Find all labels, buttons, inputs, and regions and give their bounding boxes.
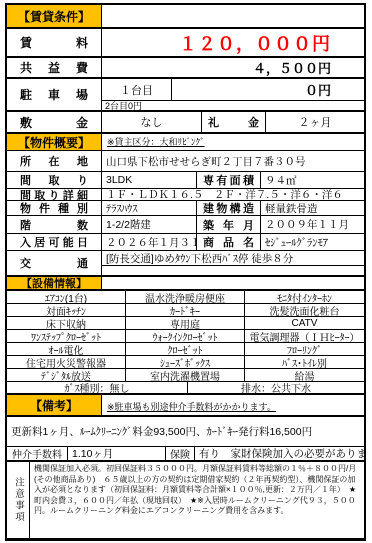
brokerage-row: 仲介手数料 1.10ヶ月 保険 有り 家財保険加入の必要があります。 bbox=[7, 447, 364, 462]
location-row: 所在地 山口県下松市せせらぎ町２丁目７番３０号 bbox=[7, 151, 364, 172]
equipment-item: ﾓﾆﾀ付ｲﾝﾀｰﾎﾝ bbox=[245, 291, 364, 303]
parking-label-cell: 駐車場 bbox=[7, 79, 102, 110]
move-in-label: 入居可能日 bbox=[7, 234, 101, 250]
cautions-text: 機関保証加入必須。初回保証料３５０００円。月額保証料賃料等総額の１％＋８００円/… bbox=[30, 462, 364, 517]
move-in-label-cell: 入居可能日 bbox=[7, 234, 102, 250]
equipment-item: CATV bbox=[245, 317, 364, 329]
parking-slot1-row: １台目 ０円 bbox=[102, 79, 364, 101]
access-value-area: [防長交通]ゆめﾀｳﾝ下松西ﾊﾞｽ停 徒歩８分 bbox=[102, 251, 364, 275]
parking-fee-note: ※駐車場も別途仲介手数料がかかります。 bbox=[107, 400, 276, 413]
rental-section-title: 【賃貸条件】 bbox=[7, 5, 102, 27]
type-row: 物件種別 ﾃﾗｽﾊｳｽ 建物構造 軽量鉄骨造 bbox=[7, 201, 364, 216]
equipment-row-6: 住宅用火災警報器 ｼｭｰｽﾞﾎﾞｯｸｽ ﾊﾞｽ･ﾄｲﾚ別 bbox=[7, 356, 364, 369]
gas-type-cell: ｶﾞｽ種別：無し bbox=[7, 382, 188, 393]
access-label-cell: 交通 bbox=[7, 251, 102, 275]
floors-value: 1-2/2階建 bbox=[102, 217, 151, 232]
equipment-item: 室内洗濯機置場 bbox=[126, 369, 245, 381]
key-money-value-cell: ２ヶ月 bbox=[266, 112, 364, 132]
location-label: 所在地 bbox=[7, 153, 101, 169]
equipment-header-spacer bbox=[102, 277, 364, 289]
equipment-item: 専用庭 bbox=[126, 317, 245, 329]
equipment-row-4: ﾜﾝｽﾃｯﾌﾟｸﾛｰｾﾞｯﾄ ｳｫｰｸｲﾝｸﾛｰｾﾞｯﾄ 電気調理器（ＩＨﾋｰﾀ… bbox=[7, 330, 364, 343]
equipment-item: 洗髪洗面化粧台 bbox=[245, 304, 364, 316]
equipment-item: 対面ｷｯﾁﾝ bbox=[7, 304, 126, 316]
layout-detail-row: 間取り詳細 １Ｆ・ＬＤＫ１６.５ ２Ｆ・洋７.５・洋６・洋６ bbox=[7, 189, 364, 201]
rent-label: 賃料 bbox=[7, 34, 101, 51]
access-line1: [防長交通]ゆめﾀｳﾝ下松西ﾊﾞｽ停 徒歩８分 bbox=[102, 251, 364, 266]
layout-detail-label: 間取り詳細 bbox=[7, 189, 101, 200]
product-value: ｾｼﾞｭｰﾙｸﾞﾗﾝﾓｱ bbox=[261, 235, 328, 250]
area-value-cell: ９４㎡ bbox=[261, 172, 364, 188]
equipment-item: ｴｱｺﾝ(1台) bbox=[7, 291, 126, 303]
remarks-header-row: 【備考】 ※駐車場も別途仲介手数料がかかります。 bbox=[7, 395, 364, 417]
rental-header-row: 【賃貸条件】 bbox=[7, 5, 364, 29]
property-section-title: 【物件概要】 bbox=[7, 134, 102, 150]
equipment-item: ｳｫｰｸｲﾝｸﾛｰｾﾞｯﾄ bbox=[126, 330, 245, 342]
product-label-cell: 商品名 bbox=[197, 234, 261, 250]
brokerage-value-cell: 1.10ヶ月 bbox=[68, 447, 166, 460]
layout-detail-label-cell: 間取り詳細 bbox=[7, 189, 102, 200]
type-label: 物件種別 bbox=[7, 201, 101, 215]
layout-value-cell: 3LDK bbox=[102, 172, 197, 188]
deposit-row: 敷金 なし 礼金 ２ヶ月 bbox=[7, 112, 364, 134]
equipment-item: 床下収納 bbox=[7, 317, 126, 329]
equipment-item-text: ﾃﾞｼﾞﾀﾙ放送 bbox=[41, 369, 91, 381]
common-fee-value: ４，５００円 bbox=[253, 58, 331, 77]
equipment-item-text: ﾌﾛｰﾘﾝｸﾞ bbox=[287, 343, 322, 355]
equipment-item-text: 住宅用火災警報器 bbox=[26, 356, 106, 368]
move-in-row: 入居可能日 ２０２６年１月３１日 商品名 ｾｼﾞｭｰﾙｸﾞﾗﾝﾓｱ bbox=[7, 234, 364, 251]
equipment-item-text: 洗髪洗面化粧台 bbox=[270, 304, 340, 316]
location-value-cell: 山口県下松市せせらぎ町２丁目７番３０号 bbox=[102, 151, 364, 171]
built-value: ２００９年１１月 bbox=[261, 217, 349, 232]
rent-label-cell: 賃料 bbox=[7, 29, 102, 56]
parking-slot2-note: 2台目0円 bbox=[105, 101, 142, 110]
access-line2 bbox=[102, 266, 364, 275]
parking-row: 駐車場 １台目 ０円 2台目0円 bbox=[7, 79, 364, 112]
equipment-item: ﾜﾝｽﾃｯﾌﾟｸﾛｰｾﾞｯﾄ bbox=[7, 330, 126, 342]
equipment-row-3: 床下収納 専用庭 CATV bbox=[7, 317, 364, 330]
equipment-item: 住宅用火災警報器 bbox=[7, 356, 126, 368]
common-fee-label: 共益費 bbox=[7, 59, 101, 76]
fees-note-cell: 更新料1ヶ月、ﾙｰﾑｸﾘｰﾆﾝｸﾞ料金93,500円、ｶｰﾄﾞｷｰ発行料16,5… bbox=[7, 417, 364, 446]
area-label: 専有面積 bbox=[197, 172, 260, 188]
equipment-row-2: 対面ｷｯﾁﾝ ｶｰﾄﾞｷｰ 洗髪洗面化粧台 bbox=[7, 304, 364, 317]
area-value: ９４㎡ bbox=[261, 173, 297, 188]
insurance-value: 有り 家財保険加入の必要があります。 bbox=[195, 447, 364, 460]
equipment-row-7: ﾃﾞｼﾞﾀﾙ放送 室内洗濯機置場 給湯 bbox=[7, 369, 364, 382]
cautions-text-cell: 機関保証加入必須。初回保証料３５０００円。月額保証料賃料等総額の１％＋８００円/… bbox=[30, 462, 364, 538]
equipment-item: ｶｰﾄﾞｷｰ bbox=[126, 304, 245, 316]
property-flyer: 【賃貸条件】 賃料 １２０，０００円 共益費 ４，５００円 駐車場 １台目 bbox=[5, 3, 366, 541]
built-label-cell: 築年月 bbox=[197, 216, 261, 233]
area-label-cell: 専有面積 bbox=[197, 172, 261, 188]
parking-slot1-value-cell: ０円 bbox=[172, 79, 364, 100]
parking-fee-note-cell: ※駐車場も別途仲介手数料がかかります。 bbox=[102, 395, 364, 415]
equipment-row-5: ｵｰﾙ電化 ｸﾛｰｾﾞｯﾄ ﾌﾛｰﾘﾝｸﾞ bbox=[7, 343, 364, 356]
layout-value: 3LDK bbox=[102, 174, 132, 186]
move-in-value: ２０２６年１月３１日 bbox=[102, 235, 197, 250]
built-label: 築年月 bbox=[197, 217, 260, 233]
equipment-header-row: 【設備情報】 bbox=[7, 277, 364, 291]
equipment-item: ﾊﾞｽ･ﾄｲﾚ別 bbox=[245, 356, 364, 368]
equipment-item: ｸﾛｰｾﾞｯﾄ bbox=[126, 343, 245, 355]
equipment-item-text: ｵｰﾙ電化 bbox=[49, 343, 84, 355]
landlord-note-cell: ※貸主区分：大和ﾘﾋﾞﾝｸﾞ bbox=[102, 134, 364, 150]
brokerage-label: 仲介手数料 bbox=[12, 447, 62, 460]
equipment-item-text: 給湯 bbox=[295, 369, 315, 381]
access-row: 交通 [防長交通]ゆめﾀｳﾝ下松西ﾊﾞｽ停 徒歩８分 bbox=[7, 251, 364, 277]
insurance-value-cell: 有り 家財保険加入の必要があります。 bbox=[195, 447, 364, 460]
equipment-item-text: ｸﾛｰｾﾞｯﾄ bbox=[168, 343, 203, 355]
key-money-label-cell: 礼金 bbox=[202, 112, 266, 132]
structure-value: 軽量鉄骨造 bbox=[261, 201, 318, 215]
equipment-item-text: 室内洗濯機置場 bbox=[150, 369, 220, 381]
equipment-item: ﾃﾞｼﾞﾀﾙ放送 bbox=[7, 369, 126, 381]
floors-row: 階数 1-2/2階建 築年月 ２００９年１１月 bbox=[7, 216, 364, 234]
equipment-item-text: ﾊﾞｽ･ﾄｲﾚ別 bbox=[282, 356, 327, 368]
property-header-row: 【物件概要】 ※貸主区分：大和ﾘﾋﾞﾝｸﾞ bbox=[7, 134, 364, 151]
product-label: 商品名 bbox=[197, 234, 260, 250]
equipment-item-text: 対面ｷｯﾁﾝ bbox=[46, 304, 86, 316]
parking-slot1-label-cell: １台目 bbox=[102, 79, 172, 100]
equipment-item: ﾌﾛｰﾘﾝｸﾞ bbox=[245, 343, 364, 355]
equipment-item-text: 電気調理器（ＩＨﾋｰﾀｰ） bbox=[250, 330, 360, 342]
cautions-label-cell: 注意事項 bbox=[7, 462, 30, 538]
insurance-label: 保険 bbox=[170, 447, 190, 460]
landlord-note: ※貸主区分：大和ﾘﾋﾞﾝｸﾞ bbox=[107, 135, 205, 148]
equipment-item-text: ﾜﾝｽﾃｯﾌﾟｸﾛｰｾﾞｯﾄ bbox=[31, 330, 101, 342]
common-fee-value-cell: ４，５００円 bbox=[102, 58, 364, 77]
equipment-row-1: ｴｱｺﾝ(1台) 温水洗浄暖房便座 ﾓﾆﾀ付ｲﾝﾀｰﾎﾝ bbox=[7, 291, 364, 304]
equipment-item-text: 専用庭 bbox=[170, 317, 200, 329]
built-value-cell: ２００９年１１月 bbox=[261, 216, 364, 233]
parking-label: 駐車場 bbox=[7, 86, 101, 103]
utilities-row: ｶﾞｽ種別：無し 排水：公共下水 bbox=[7, 382, 364, 395]
equipment-item: ｼｭｰｽﾞﾎﾞｯｸｽ bbox=[126, 356, 245, 368]
equipment-section-title-text: 【設備情報】 bbox=[21, 277, 87, 289]
insurance-label-cell: 保険 bbox=[166, 447, 195, 460]
rent-row: 賃料 １２０，０００円 bbox=[7, 29, 364, 58]
type-label-cell: 物件種別 bbox=[7, 201, 102, 215]
remarks-section-title: 【備考】 bbox=[7, 395, 102, 415]
equipment-item: 電気調理器（ＩＨﾋｰﾀｰ） bbox=[245, 330, 364, 342]
deposit-label: 敷金 bbox=[7, 114, 101, 131]
rental-section-title-text: 【賃貸条件】 bbox=[18, 8, 90, 25]
equipment-item: ｵｰﾙ電化 bbox=[7, 343, 126, 355]
common-fee-row: 共益費 ４，５００円 bbox=[7, 58, 364, 79]
brokerage-label-cell: 仲介手数料 bbox=[7, 447, 68, 460]
deposit-value-cell: なし bbox=[102, 112, 202, 132]
property-section-title-text: 【物件概要】 bbox=[18, 134, 90, 150]
common-fee-label-cell: 共益費 bbox=[7, 58, 102, 77]
equipment-item: 温水洗浄暖房便座 bbox=[126, 291, 245, 303]
layout-label-cell: 間取り bbox=[7, 172, 102, 188]
layout-detail-value-cell: １Ｆ・ＬＤＫ１６.５ ２Ｆ・洋７.５・洋６・洋６ bbox=[102, 189, 364, 200]
parking-slot1-label: １台目 bbox=[120, 82, 153, 98]
equipment-item-text: ﾓﾆﾀ付ｲﾝﾀｰﾎﾝ bbox=[277, 291, 332, 303]
rent-value: １２０，０００円 bbox=[179, 30, 331, 56]
structure-label-cell: 建物構造 bbox=[197, 201, 261, 215]
type-value-cell: ﾃﾗｽﾊｳｽ bbox=[102, 201, 197, 215]
deposit-label-cell: 敷金 bbox=[7, 112, 102, 132]
fees-note-row: 更新料1ヶ月、ﾙｰﾑｸﾘｰﾆﾝｸﾞ料金93,500円、ｶｰﾄﾞｷｰ発行料16,5… bbox=[7, 417, 364, 447]
equipment-section-title: 【設備情報】 bbox=[7, 277, 102, 289]
equipment-item-text: 床下収納 bbox=[46, 317, 86, 329]
cautions-label: 注意事項 bbox=[11, 477, 25, 523]
equipment-item-text: ｳｫｰｸｲﾝｸﾛｰｾﾞｯﾄ bbox=[153, 330, 218, 342]
type-value: ﾃﾗｽﾊｳｽ bbox=[102, 201, 138, 215]
equipment-item-text: ｴｱｺﾝ(1台) bbox=[45, 291, 87, 303]
product-value-cell: ｾｼﾞｭｰﾙｸﾞﾗﾝﾓｱ bbox=[261, 234, 364, 250]
location-value: 山口県下松市せせらぎ町２丁目７番３０号 bbox=[102, 154, 306, 169]
deposit-value: なし bbox=[141, 114, 163, 130]
equipment-item-text: ｶｰﾄﾞｷｰ bbox=[170, 304, 200, 316]
equipment-item-text: 温水洗浄暖房便座 bbox=[145, 291, 225, 303]
equipment-item: 給湯 bbox=[245, 369, 364, 381]
key-money-value: ２ヶ月 bbox=[299, 114, 332, 130]
access-value: [防長交通]ゆめﾀｳﾝ下松西ﾊﾞｽ停 徒歩８分 bbox=[102, 251, 293, 266]
equipment-item-text: CATV bbox=[292, 318, 318, 329]
equipment-item-text: ｼｭｰｽﾞﾎﾞｯｸｽ bbox=[160, 356, 210, 368]
key-money-label: 礼金 bbox=[202, 114, 265, 130]
brokerage-value: 1.10ヶ月 bbox=[68, 447, 113, 460]
parking-slot1-value: ０円 bbox=[305, 80, 331, 99]
floors-label: 階数 bbox=[7, 217, 101, 233]
gas-type: ｶﾞｽ種別：無し bbox=[65, 382, 130, 393]
structure-label: 建物構造 bbox=[197, 201, 260, 215]
layout-label: 間取り bbox=[7, 172, 101, 188]
parking-value-area: １台目 ０円 2台目0円 bbox=[102, 79, 364, 110]
cautions-row: 注意事項 機関保証加入必須。初回保証料３５０００円。月額保証料賃料等総額の１％＋… bbox=[7, 462, 364, 538]
rent-value-cell: １２０，０００円 bbox=[102, 29, 364, 56]
drainage: 排水：公共下水 bbox=[241, 382, 311, 393]
access-label: 交通 bbox=[7, 255, 101, 271]
floors-value-cell: 1-2/2階建 bbox=[102, 216, 197, 233]
move-in-value-cell: ２０２６年１月３１日 bbox=[102, 234, 197, 250]
location-label-cell: 所在地 bbox=[7, 151, 102, 171]
rental-header-spacer bbox=[102, 5, 364, 27]
remarks-section-title-text: 【備考】 bbox=[30, 397, 78, 414]
drainage-cell: 排水：公共下水 bbox=[188, 382, 364, 393]
parking-slot2-note-cell: 2台目0円 bbox=[102, 101, 364, 110]
layout-row: 間取り 3LDK 専有面積 ９４㎡ bbox=[7, 172, 364, 189]
fees-note: 更新料1ヶ月、ﾙｰﾑｸﾘｰﾆﾝｸﾞ料金93,500円、ｶｰﾄﾞｷｰ発行料16,5… bbox=[7, 424, 312, 439]
floors-label-cell: 階数 bbox=[7, 216, 102, 233]
layout-detail-value: １Ｆ・ＬＤＫ１６.５ ２Ｆ・洋７.５・洋６・洋６ bbox=[102, 189, 343, 200]
structure-value-cell: 軽量鉄骨造 bbox=[261, 201, 364, 215]
